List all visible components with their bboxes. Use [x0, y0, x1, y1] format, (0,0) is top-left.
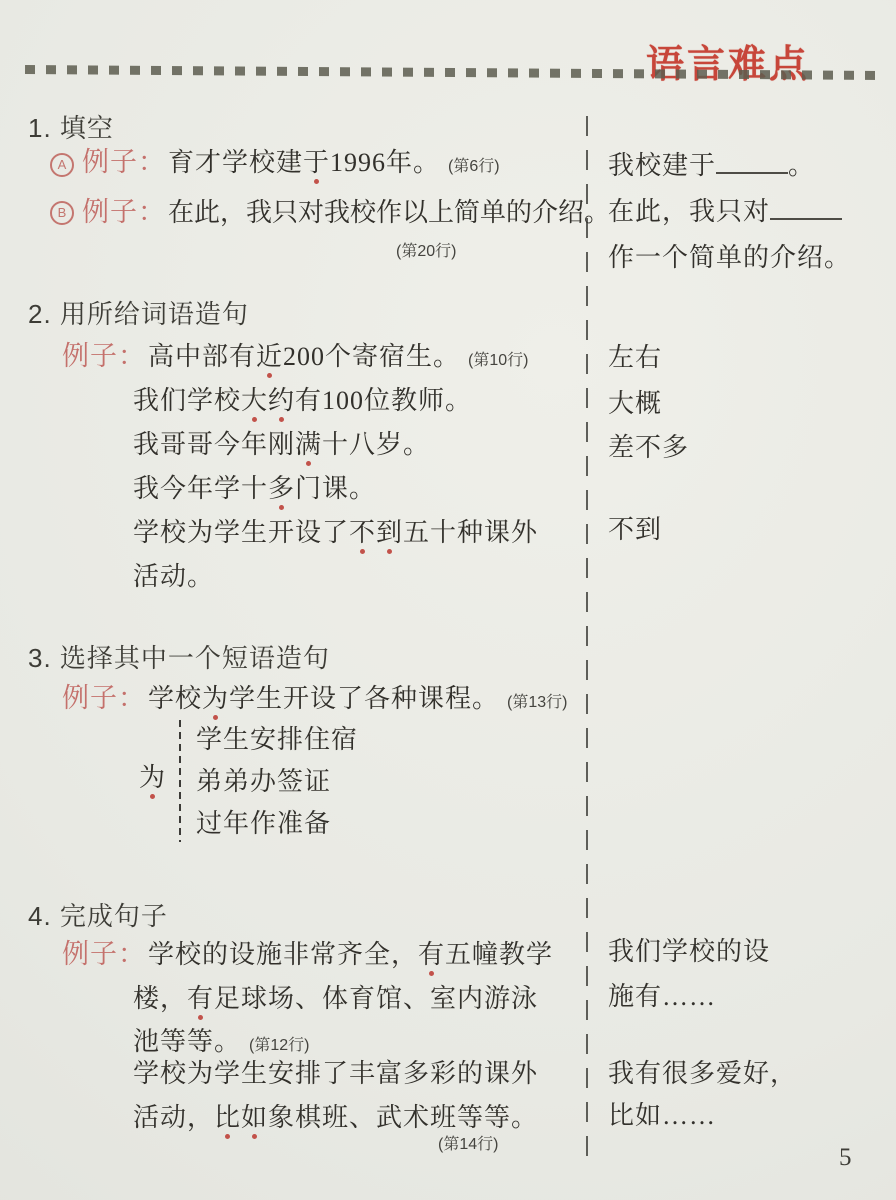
section-3-title: 选择其中一个短语造句	[60, 643, 330, 673]
answer-line: 我们学校的设	[608, 936, 770, 968]
page-number: 5	[839, 1144, 852, 1172]
vocab-word: 大概	[608, 388, 662, 420]
line-reference: (第20行)	[396, 238, 456, 261]
section-4-heading: 4. 完成句子	[28, 896, 168, 933]
brace-option: 过年作准备	[196, 808, 331, 840]
answer-line: 我有很多爱好，	[608, 1058, 797, 1090]
section-2-example-line-1: 例子： 高中部有近200个寄宿生。 (第10行)	[62, 340, 529, 377]
column-divider-dashed-line	[586, 116, 588, 1162]
example-sentence: 育才学校建于1996年。	[168, 147, 440, 179]
section-2-title: 用所给词语造句	[60, 299, 249, 329]
example-sentence: 我们学校大约有100位教师。	[133, 385, 472, 417]
line-reference: (第10行)	[468, 345, 528, 377]
section-4-title: 完成句子	[60, 901, 168, 931]
section-1-example-a: A 例子： 育才学校建于1996年。 (第6行)	[50, 146, 500, 183]
section-1-number: 1.	[28, 113, 52, 143]
section-1-heading: 1. 填空	[28, 108, 114, 145]
section-4-example-line-3: 池等等。 (第12行)	[133, 1026, 309, 1062]
section-4-example-line-1: 例子： 学校的设施非常齐全，有五幢教学	[62, 938, 553, 971]
answer-line: 我校建于。	[608, 150, 815, 182]
answer-line: 施有……	[608, 981, 716, 1013]
example-sentence: 活动。	[133, 561, 214, 593]
example-sentence: 学校为学生安排了丰富多彩的课外	[133, 1058, 538, 1090]
section-1-title: 填空	[60, 113, 114, 143]
circled-letter-b-badge: B	[50, 201, 74, 225]
answer-line: 比如……	[608, 1100, 716, 1132]
example-sentence: 池等等。	[133, 1026, 241, 1058]
brace-option: 学生安排住宿	[196, 724, 358, 756]
circled-letter-a-badge: A	[50, 153, 74, 177]
answer-line: 在此，我只对	[608, 196, 842, 228]
line-reference: (第6行)	[448, 151, 500, 183]
section-1-example-b: B 例子： 在此，我只对我校作以上简单的介绍。	[50, 196, 610, 229]
vocab-word: 左右	[608, 342, 662, 374]
section-3-number: 3.	[28, 643, 52, 673]
example-label: 例子：	[62, 938, 146, 970]
example-sentence: 学校为学生开设了各种课程。	[148, 683, 499, 715]
section-4-number: 4.	[28, 901, 52, 931]
example-sentence: 楼，有足球场、体育馆、室内游泳	[133, 983, 538, 1015]
textbook-page: 语言难点 1. 填空 A 例子： 育才学校建于1996年。 (第6行) B 例子…	[0, 0, 896, 1200]
example-sentence: 我今年学十多门课。	[133, 473, 376, 505]
example-sentence: 学校的设施非常齐全，有五幢教学	[148, 939, 553, 971]
example-label: 例子：	[62, 682, 146, 714]
line-reference: (第13行)	[507, 687, 567, 719]
vocab-word: 差不多	[608, 432, 689, 464]
page-title: 语言难点	[646, 33, 810, 88]
example-sentence: 高中部有近200个寄宿生。	[148, 341, 460, 373]
line-reference: (第14行)	[438, 1131, 498, 1154]
section-3-example: 例子： 学校为学生开设了各种课程。 (第13行)	[62, 682, 568, 719]
example-label: 例子：	[82, 146, 166, 178]
vocab-word: 不到	[608, 514, 662, 546]
section-2-heading: 2. 用所给词语造句	[28, 294, 249, 331]
example-sentence: 学校为学生开设了不到五十种课外	[133, 517, 538, 549]
answer-line: 作一个简单的介绍。	[608, 242, 851, 274]
section-3-heading: 3. 选择其中一个短语造句	[28, 638, 330, 675]
brace-head-word: 为	[139, 762, 166, 794]
example-sentence: 我哥哥今年刚满十八岁。	[133, 429, 430, 461]
example-sentence: 在此，我只对我校作以上简单的介绍。	[168, 197, 610, 229]
example-label: 例子：	[82, 196, 166, 228]
example-label: 例子：	[62, 340, 146, 372]
brace-dotted-line	[179, 720, 181, 842]
example-sentence: 活动，比如象棋班、武术班等等。	[133, 1102, 538, 1134]
section-2-number: 2.	[28, 299, 52, 329]
brace-option: 弟弟办签证	[196, 766, 331, 798]
